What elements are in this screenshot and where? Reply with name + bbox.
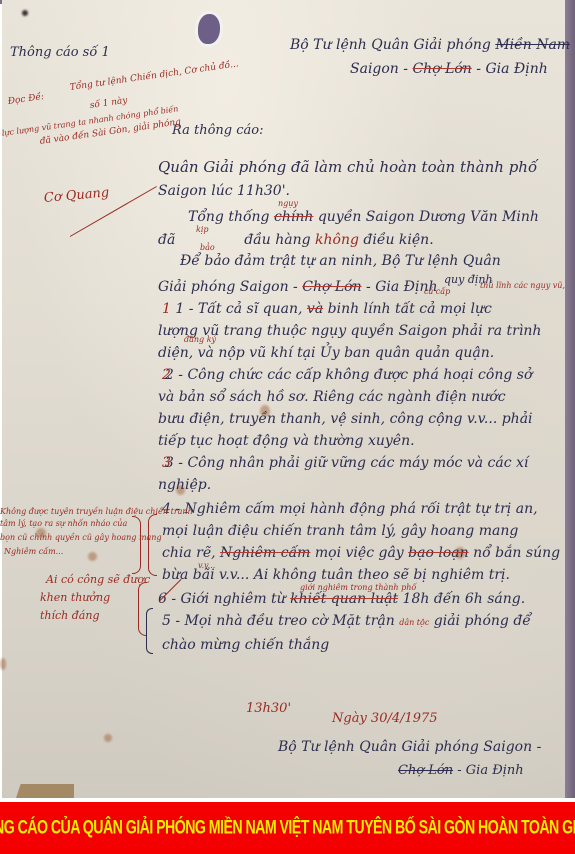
body-line-16: 4 - Nghiêm cấm mọi hành động phá rối trậ… [162,502,538,516]
body-line-14: 33 - Công nhân phải giữ vững các máy móc… [162,456,528,470]
annotation-time: 13h30' [246,702,291,715]
ink-dot [22,10,28,16]
annotation-bao: bảo [200,244,215,252]
intro-line: Ra thông cáo: [172,124,263,137]
annotation-vv: v.v... [198,562,215,570]
left-note-1-line2: tâm lý, tạo ra sự nhốn nháo của [0,520,127,528]
struck-word: và [307,301,323,317]
caption-banner: BẢN THÔNG CÁO CỦA QUÂN GIẢI PHÓNG MIỀN N… [0,802,575,854]
header-line1: Bộ Tư lệnh Quân Giải phóng Miền Nam [290,38,570,52]
struck-text: khiết quan luật [290,591,398,607]
annotation-kip: kịp [196,226,209,234]
text-segment: mọi việc gây [315,545,404,561]
footer-signature-line2: Chợ Lớn - Gia Định [398,764,524,777]
caption-text: BẢN THÔNG CÁO CỦA QUÂN GIẢI PHÓNG MIỀN N… [0,817,575,839]
body-line-12: bưu điện, truyền thanh, vệ sinh, công cộ… [158,412,533,426]
header-giadinh: - Gia Định [476,61,547,77]
body-line-9: diện, và nộp vũ khí tại Ủy ban quân quản… [158,346,494,360]
footer-giadinh: - Gia Định [457,763,523,778]
photo-right-edge [565,0,575,798]
struck-word: chính [274,209,313,225]
text-segment: 1 - Tất cả sĩ quan, [175,301,302,317]
text-segment: bảo đảm trật tự an ninh, Bộ Tư lệnh Quân [204,253,500,269]
text-segment: nổ bắn súng [473,545,560,561]
bracket-item-5 [146,608,153,654]
body-line-2: Saigon lúc 11h30'. [158,184,290,198]
body-line-17: mọi luận điệu chiến tranh tâm lý, gây ho… [162,524,518,538]
annotation-gioi-nghiem: giới nghiêm trong thành phố [300,584,416,592]
annotation-ca-cap: cả cấp [424,288,450,296]
header-struck-cholon: Chợ Lớn [412,61,471,77]
annotation-khong: không [315,232,359,248]
text-segment: 5 - Mọi nhà đều treo cờ Mặt trận [162,613,395,629]
bracket-item-4 [148,514,157,576]
text-segment: đã [158,232,175,248]
paper-hole [198,14,220,44]
body-line-6: Giải phóng Saigon - Chợ Lớn - Gia Định [158,280,438,294]
text-segment: chia rẽ, [162,545,216,561]
document-title: Thông cáo số 1 [10,46,110,59]
struck-text: Nghiêm cấm [220,545,310,561]
left-note-2-line3: thích đáng [40,610,100,621]
text-segment: Để [180,253,200,269]
annotation-dan-toc: dân tộc [399,618,429,627]
header-org: Bộ Tư lệnh Quân Giải phóng [290,37,491,53]
body-line-5: Để bảo đảm trật tự an ninh, Bộ Tư lệnh Q… [180,254,501,268]
body-line-10: 22 - Công chức các cấp không được phá ho… [162,368,532,382]
body-line-19: bừa bãi v.v... Ai không tuân theo sẽ bị … [162,568,510,582]
footer-struck-cholon: Chợ Lớn [398,763,453,778]
text-segment: 18h đến 6h sáng. [403,591,526,607]
left-note-1-line4: Nghiêm cấm... [4,548,63,556]
text-segment: tất cả mọi lực [395,301,492,317]
annotation-thu-linh: thủ lĩnh các ngụy vũ, [480,282,565,290]
struck-cholon: Chợ Lớn [302,279,361,295]
paper-tear [16,784,74,798]
left-note-2-line1: Ai có công sẽ được [46,574,150,585]
text-segment: quyền Saigon Dương Văn Minh [318,209,539,225]
text-segment: 3 - Công nhân phải giữ vững các máy móc … [165,455,528,471]
left-note-2-line2: khen thưởng [40,592,110,603]
footer-signature-line1: Bộ Tư lệnh Quân Giải phóng Saigon - [278,740,541,754]
header-line2: Saigon - Chợ Lớn - Gia Định [350,62,548,76]
left-note-1-line3: bọn cũ chính quyền cũ gây hoang mang [0,534,162,542]
item-marker: 1 [162,301,171,317]
body-line-21: 5 - Mọi nhà đều treo cờ Mặt trận dân tộc… [162,614,531,628]
text-segment: đầu hàng [244,232,310,248]
text-segment: giải phóng để [434,613,531,629]
stain [0,658,6,670]
stain [88,552,97,561]
body-line-1: Quân Giải phóng đã làm chủ hoàn toàn thà… [158,160,537,175]
bracket-left-note [132,516,141,574]
body-line-3: Tổng thống chính quyền Saigon Dương Văn … [188,210,539,224]
text-segment: binh lính [328,301,391,317]
annotation-dang-ky: đăng ký [184,336,216,344]
text-segment: Giải phóng Saigon - [158,279,298,295]
body-line-18: chia rẽ, Nghiêm cấm mọi việc gây bạo loạ… [162,546,560,560]
text-segment: điều kiện. [363,232,433,248]
text-segment: Tổng thống [188,209,270,225]
body-line-22: chào mừng chiến thắng [162,638,329,652]
header-saigon: Saigon - [350,61,408,77]
stain [104,734,112,742]
body-line-20: 6 - Giới nghiêm từ khiết quan luật 18h đ… [158,592,525,606]
text-segment: 2 - Công chức các cấp không được phá hoạ… [165,367,532,383]
body-line-13: tiếp tục hoạt động và thường xuyên. [158,434,415,448]
struck-text: bạo loạn [408,545,468,561]
document-date: Ngày 30/4/1975 [332,712,438,725]
text-segment: 6 - Giới nghiêm từ [158,591,286,607]
header-struck-text: Miền Nam [495,37,570,53]
body-line-15: nghiệp. [158,478,211,492]
annotation-nguy: ngụy [278,200,298,208]
body-line-7: 1 1 - Tất cả sĩ quan, và binh lính tất c… [162,302,492,316]
left-note-1-line1: Không được tuyên truyền luận điệu chiến … [0,508,193,516]
body-line-11: và bản sổ sách hồ sơ. Riêng các ngành đi… [158,390,506,404]
